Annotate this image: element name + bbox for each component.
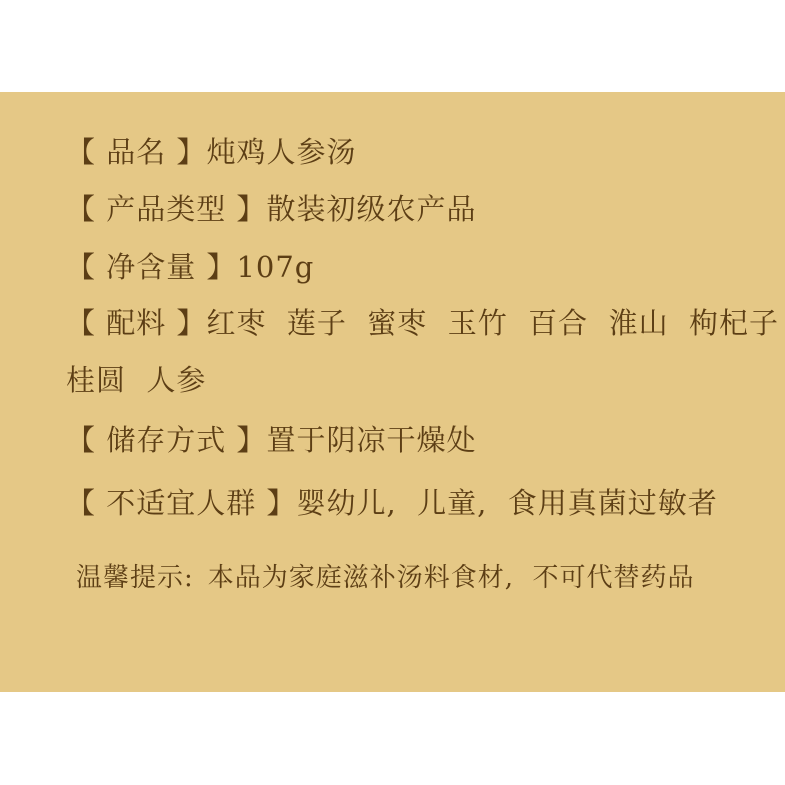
field-label: 【 产品类型 】: [66, 192, 266, 226]
tip-text: 本品为家庭滋补汤料食材, 不可代替药品: [208, 563, 695, 593]
field-value: 婴幼儿, 儿童, 食用真菌过敏者: [296, 486, 717, 520]
field-product-name: 【 品名 】炖鸡人参汤: [66, 134, 356, 170]
field-label: 【 净含量 】: [66, 250, 236, 284]
field-label: 【 品名 】: [66, 135, 206, 169]
field-ingredients: 【 配料 】红枣 莲子 蜜枣 玉竹 百合 淮山 枸杞子: [66, 305, 779, 341]
field-value: 红枣 莲子 蜜枣 玉竹 百合 淮山 枸杞子: [206, 306, 779, 340]
field-value: 散装初级农产品: [266, 192, 476, 226]
field-value: 炖鸡人参汤: [206, 135, 356, 169]
field-label: 【 配料 】: [66, 306, 206, 340]
field-value: 置于阴凉干燥处: [266, 423, 476, 457]
warm-tip: 温馨提示:本品为家庭滋补汤料食材, 不可代替药品: [76, 562, 695, 594]
field-unsuitable-groups: 【 不适宜人群 】婴幼儿, 儿童, 食用真菌过敏者: [66, 485, 718, 521]
field-label: 【 储存方式 】: [66, 423, 266, 457]
field-ingredients-continued: 桂圆 人参: [66, 362, 206, 398]
field-storage: 【 储存方式 】置于阴凉干燥处: [66, 422, 476, 458]
field-label: 【 不适宜人群 】: [66, 486, 296, 520]
field-product-type: 【 产品类型 】散装初级农产品: [66, 191, 476, 227]
tip-label: 温馨提示:: [76, 563, 194, 593]
field-net-weight: 【 净含量 】107g: [66, 249, 314, 285]
field-value-continued: 桂圆 人参: [66, 363, 206, 397]
field-value: 107g: [236, 250, 314, 284]
